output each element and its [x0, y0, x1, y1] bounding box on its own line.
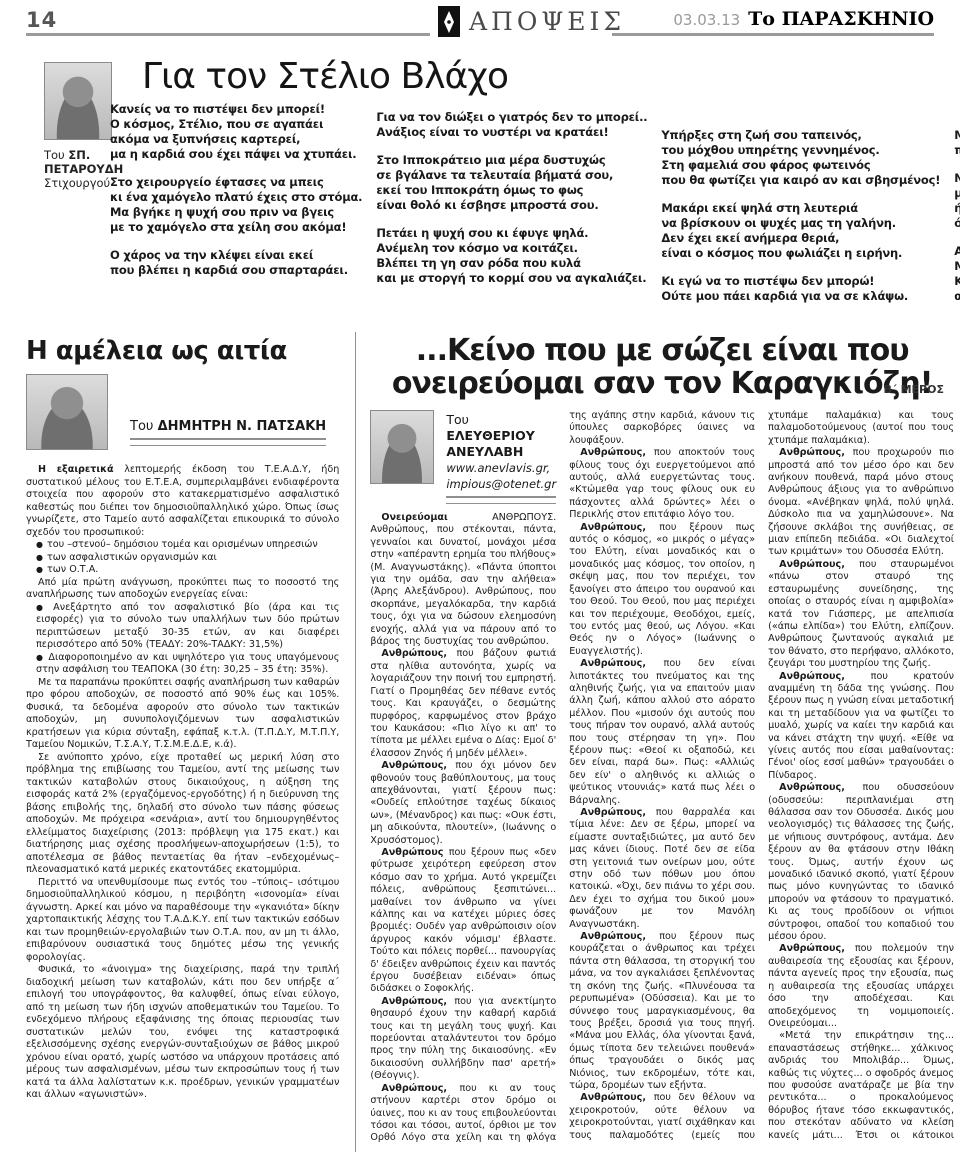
- poem-line: Ο κόσμος, Στέλιο, που σε αγαπάει: [110, 117, 362, 132]
- article-paragraph: Ανθρώπους, που ξέρουν πως κουράζεται ο ά…: [569, 931, 755, 1092]
- article-paragraph: Η εξαιρετικά λεπτομερής έκδοση του Τ.Ε.Α…: [26, 464, 339, 539]
- poem-line: είναι ο κόσμος που φωλιάζει η ειρήνη.: [661, 246, 940, 261]
- poem-stanza: Στο χειρουργείο έφτασες να μπειςκι ένα χ…: [110, 175, 362, 235]
- right-author-name: Του ΕΛΕΥΘΕΡΙΟΥ ΑΝΕΥΛΑΒΗ www.anevlavis.gr…: [446, 410, 556, 504]
- poem-line: Και τότε θα το πιούμε το κρασί,: [954, 274, 960, 289]
- poem-line: Στη φαμελιά σου φάρος φωτεινός: [661, 158, 940, 173]
- article-paragraph: Ανθρώπους, που δεν είναι λιποτάκτες του …: [569, 658, 755, 807]
- poem-line: Βλέπει τη γη σαν ρόδα που κυλά: [376, 256, 647, 271]
- poem-line: που θα φωτίζει για καιρό αν και σβησμένο…: [661, 173, 940, 188]
- bullet-item: ●Διαφοροποιημένο αν και υψηλότερο για το…: [26, 652, 339, 677]
- left-article-title: Η αμέλεια ως αιτία: [26, 336, 339, 366]
- poem-line: σε βγάλανε τα τελευταία βήματά σου,: [376, 168, 647, 183]
- article-paragraph: Ανθρώπους, που κρατούν αναμμένη τη δάδα …: [768, 671, 954, 783]
- poem-stanza: Να ψάξουν και να βρούνε τελικάμήπως και …: [954, 171, 960, 231]
- newspaper-name: Το ΠΑΡΑΣΚΗΝΙΟ: [748, 8, 934, 30]
- poem-line: Ούτε μου πάει καρδιά για να σε κλάψω.: [661, 289, 940, 304]
- poem-line: του μόχθου υπηρέτης γεννημένος.: [661, 143, 940, 158]
- section-banner: ΑΠΟΨΕΙΣ: [438, 6, 625, 37]
- right-article-title: ...Κείνο που με σώζει είναι που ονειρεύο…: [370, 332, 954, 406]
- pen-nib-icon: [438, 6, 460, 37]
- article-paragraph: Ανθρώπους, που προχωρούν πιο μπροστά από…: [768, 447, 954, 559]
- article-paragraph: Ανθρώπους, που σταυρωμένοι «πάνω στον στ…: [768, 559, 954, 671]
- poem-section: Του ΣΠ. ΠΕΤΑΡΟΥΔΗ Στιχουργού Για τον Στέ…: [0, 46, 960, 332]
- poem-columns: Κανείς να το πιστέψει δεν μπορεί!Ο κόσμο…: [110, 102, 954, 317]
- article-paragraph: Με τα παραπάνω προκύπτει σαφής αναπλήρωσ…: [26, 677, 339, 752]
- poem-line: ακόμα να ξυπνήσεις καρτερεί,: [110, 132, 362, 147]
- byline-rule: [446, 496, 556, 504]
- poem-stanza: Ο χάρος να την κλέψει είναι εκείπου βλέπ…: [110, 248, 362, 278]
- poem-title: Για τον Στέλιο Βλάχο: [142, 56, 508, 97]
- left-article-byline: Του ΔΗΜΗΤΡΗ Ν. ΠΑΤΣΑΚΗ: [26, 374, 339, 450]
- poem-stanza: Πετάει η ψυχή σου κι έφυγε ψηλά.Ανέμελη …: [376, 226, 647, 286]
- article-paragraph: Ανθρώπους, που βάζουν φωτιά στα ηλίθια α…: [370, 648, 556, 760]
- right-article-byline: Του ΕΛΕΥΘΕΡΙΟΥ ΑΝΕΥΛΑΒΗ www.anevlavis.gr…: [370, 410, 556, 506]
- article-paragraph: Περιττό να υπενθυμίσουμε πως εντός του –…: [26, 877, 339, 965]
- article-paragraph: Ανθρώπους, που οδυσσεύουν (οδυσσεύω: περ…: [768, 782, 954, 943]
- poem-stanza: Για να τον διώξει ο γιατρός δεν το μπορε…: [376, 110, 647, 140]
- article-paragraph: Ανθρώπους, που θαρραλέα και τίμια λένε: …: [569, 807, 755, 931]
- poem-line: με το χαμόγελο στα χείλη σου ακόμα!: [110, 220, 362, 235]
- newspaper-page: 14 ΑΠΟΨΕΙΣ 03.03.13 Το ΠΑΡΑΣΚΗΝΙΟ Του ΣΠ…: [0, 0, 960, 1152]
- poem-line: μήπως και χάθηκε η ζωή σου από λάθος: [954, 186, 960, 201]
- left-article-body: Η εξαιρετικά λεπτομερής έκδοση του Τ.Ε.Α…: [26, 464, 339, 1102]
- right-title-line1: ...Κείνο που με σώζει είναι που: [370, 334, 954, 367]
- poem-line: Υπήρξες στη ζωή σου ταπεινός,: [661, 128, 940, 143]
- header-rule-left: [26, 33, 430, 36]
- article-paragraph: Από μία πρώτη ανάγνωση, προκύπτει πως το…: [26, 577, 339, 602]
- issue-date: 03.03.13: [673, 11, 740, 29]
- poem-stanza: Στο Ιπποκράτειο μια μέρα δυστυχώςσε βγάλ…: [376, 153, 647, 213]
- poem-column: Κανείς να το πιστέψει δεν μπορεί!Ο κόσμο…: [110, 102, 376, 317]
- right-author-photo: [370, 410, 434, 484]
- article-paragraph: Ονειρεύομαι ΑΝΘΡΩΠΟΥΣ. Ανθρώπους, που στ…: [370, 512, 556, 648]
- poem-line: εκεί του Ιπποκράτη όμως το φως: [376, 183, 647, 198]
- left-author-photo: [26, 374, 108, 450]
- poem-column: Υπήρξες στη ζωή σου ταπεινός,του μόχθου …: [661, 102, 954, 317]
- bullet-item: ●των ασφαλιστικών οργανισμών και: [26, 552, 339, 565]
- bullet-item: ●Ανεξάρτητο από τον ασφαλιστικό βίο (άρα…: [26, 602, 339, 652]
- poem-line: αυτό που δεν προλάβαμε να πιούμε!: [954, 289, 960, 304]
- poem-line: Στο Ιπποκράτειο μια μέρα δυστυχώς: [376, 153, 647, 168]
- poem-line: Να ψάξουν και να βρούνε τελικά: [954, 171, 960, 186]
- page-header: 14 ΑΠΟΨΕΙΣ 03.03.13 Το ΠΑΡΑΣΚΗΝΙΟ: [0, 0, 960, 46]
- poem-line: και με στοργή το κορμί σου να αγκαλιάζει…: [376, 271, 647, 286]
- poem-line: κι ένα χαμόγελο πλατύ έχεις στο στόμα.: [110, 190, 362, 205]
- poem-line: Στο χειρουργείο έφτασες να μπεις: [110, 175, 362, 190]
- poem-stanza: Κι εγώ να το πιστέψω δεν μπορώ!Ούτε μου …: [661, 274, 940, 304]
- author-email: impious@otenet.gr: [446, 477, 556, 491]
- section-title: ΑΠΟΨΕΙΣ: [469, 7, 625, 36]
- right-title-line2: ονειρεύομαι σαν τον Καραγκιόζη!: [370, 367, 954, 400]
- article-paragraph: Ανθρώπους που ξέρουν πως «δεν φύτρωσε χε…: [370, 847, 556, 996]
- byline-rule: [130, 438, 326, 446]
- poem-line: Ανέμελη τον κόσμο να κοιτάζει.: [376, 241, 647, 256]
- poem-line: Κανείς να το πιστέψει δεν μπορεί!: [110, 102, 362, 117]
- poem-line: ή σαν μπουρδέλο λειτουργεί κανονικά: [954, 201, 960, 216]
- poem-stanza: Με τους φτωχούς μου στίχους θεωρώπως θ' …: [954, 128, 960, 158]
- poem-line: που βλέπει η καρδιά σου σπαρταράει.: [110, 263, 362, 278]
- header-rule-right: [612, 33, 934, 36]
- article-paragraph: Ανθρώπους, που πολεμούν την αυθαιρεσία τ…: [768, 943, 954, 1030]
- poem-line: Ο χάρος να την κλέψει είναι εκεί: [110, 248, 362, 263]
- poem-line: όλο το σύστημα υγείας κατά βάθος!: [954, 216, 960, 231]
- poem-line: να βρίσκουν οι ψυχές μας τη γαλήνη.: [661, 216, 940, 231]
- right-article-columns: Του ΕΛΕΥΘΕΡΙΟΥ ΑΝΕΥΛΑΒΗ www.anevlavis.gr…: [370, 410, 954, 1150]
- poem-line: Πετάει η ψυχή σου κι έφυγε ψηλά.: [376, 226, 647, 241]
- poem-line: Αντίο, Στέλιο. Ξεκουράσου εσύ.: [954, 244, 960, 259]
- poem-stanza: Μακάρι εκεί ψηλά στη λευτεριάνα βρίσκουν…: [661, 201, 940, 261]
- article-paragraph: Ανθρώπους, που αποκτούν τους φίλους τους…: [569, 447, 755, 521]
- poem-stanza: Υπήρξες στη ζωή σου ταπεινός,του μόχθου …: [661, 128, 940, 188]
- right-article: ...Κείνο που με σώζει είναι που ονειρεύο…: [356, 332, 960, 1152]
- poem-line: Μα βγήκε η ψυχή σου πριν να βγεις: [110, 205, 362, 220]
- poem-line: Για να τον διώξει ο γιατρός δεν το μπορε…: [376, 110, 647, 125]
- article-paragraph: Ανθρώπους, που για ανεκτίμητο θησαυρό έχ…: [370, 996, 556, 1083]
- articles-section: Η αμέλεια ως αιτία Του ΔΗΜΗΤΡΗ Ν. ΠΑΤΣΑΚ…: [0, 332, 960, 1152]
- part-label: Β΄ ΜΕΡΟΣ: [884, 383, 944, 396]
- poem-line: Ανάξιος είναι το νυστέρι να κρατάει!: [376, 125, 647, 140]
- masthead-block: 03.03.13 Το ΠΑΡΑΣΚΗΝΙΟ: [673, 8, 934, 30]
- poem-stanza: Κανείς να το πιστέψει δεν μπορεί!Ο κόσμο…: [110, 102, 362, 162]
- bullet-item: ●του –στενού– δημόσιου τομέα και ορισμέν…: [26, 539, 339, 552]
- bullet-item: ●των Ο.Τ.Α.: [26, 564, 339, 577]
- article-paragraph: Φυσικά, το «άνοιγμα» της διαχείρισης, πα…: [26, 964, 339, 1102]
- poem-column: Για να τον διώξει ο γιατρός δεν το μπορε…: [376, 102, 661, 317]
- poem-line: Δεν έχει εκεί ανήμερα θεριά,: [661, 231, 940, 246]
- poem-line: Μια μέρα θα ξανασυναντηθούμε.: [954, 259, 960, 274]
- author-website: www.anevlavis.gr,: [446, 461, 550, 475]
- poem-column: Με τους φτωχούς μου στίχους θεωρώπως θ' …: [954, 102, 960, 317]
- poem-line: είναι θολό κι έσβησε μπροστά σου.: [376, 198, 647, 213]
- article-paragraph: Ανθρώπους, που όχι μόνον δεν φθονούν του…: [370, 760, 556, 847]
- poem-author-photo: [44, 62, 112, 140]
- poem-line: μα η καρδιά σου έχει πάψει να χτυπάει.: [110, 147, 362, 162]
- poem-line: Κι εγώ να το πιστέψω δεν μπορώ!: [661, 274, 940, 289]
- poem-line: Με τους φτωχούς μου στίχους θεωρώ: [954, 128, 960, 143]
- left-author-name: Του ΔΗΜΗΤΡΗ Ν. ΠΑΤΣΑΚΗ: [130, 419, 326, 450]
- poem-stanza: Αντίο, Στέλιο. Ξεκουράσου εσύ.Μια μέρα θ…: [954, 244, 960, 304]
- article-paragraph: Ανθρώπους, που ξέρουν πως αυτός ο κόσμος…: [569, 522, 755, 658]
- article-paragraph: Σε ανύποπτο χρόνο, είχε προταθεί ως μερι…: [26, 752, 339, 877]
- poem-line: Μακάρι εκεί ψηλά στη λευτεριά: [661, 201, 940, 216]
- left-article: Η αμέλεια ως αιτία Του ΔΗΜΗΤΡΗ Ν. ΠΑΤΣΑΚ…: [0, 332, 356, 1152]
- poem-line: πως θ' αφυπνίσω κάποιους αν τους γράψω.: [954, 143, 960, 158]
- page-number: 14: [26, 8, 57, 32]
